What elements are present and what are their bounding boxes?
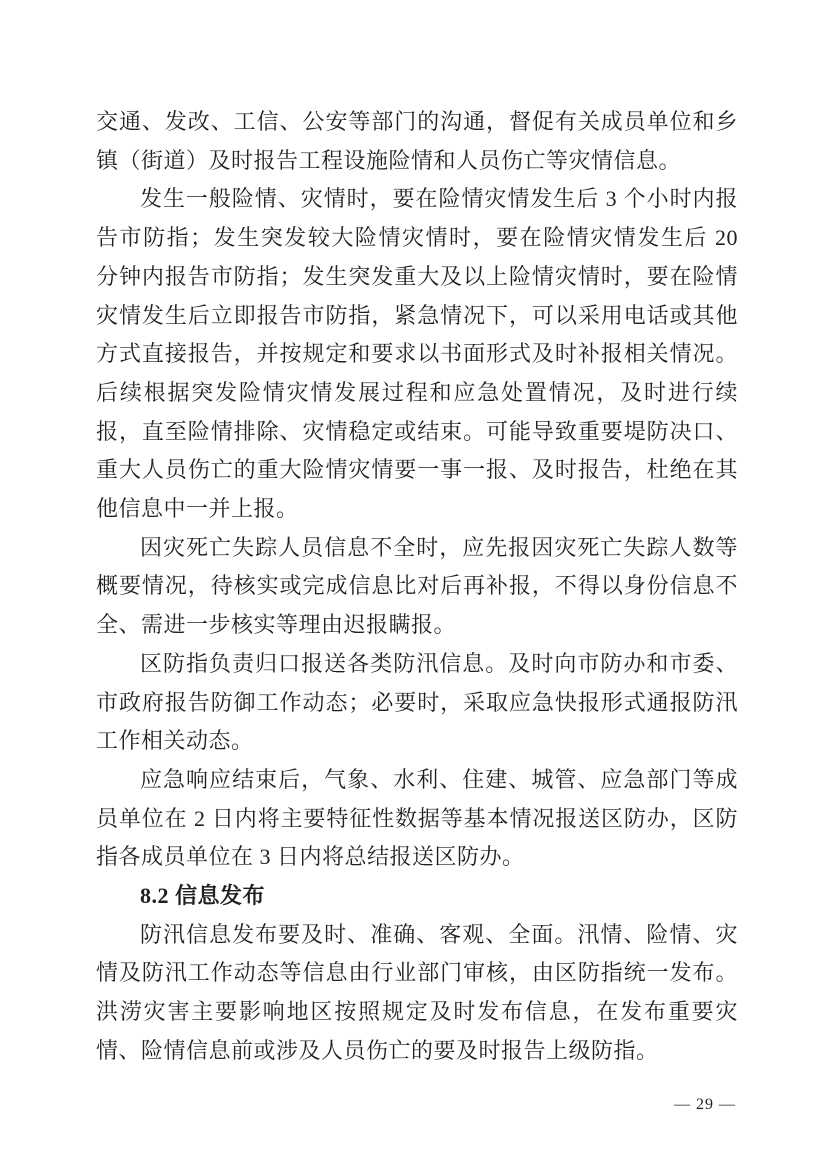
section-heading-8-2-information-release: 8.2 信息发布 xyxy=(96,877,738,916)
paragraph-information-release-rules: 防汛信息发布要及时、准确、客观、全面。汛情、险情、灾情及防汛工作动态等信息由行业… xyxy=(96,916,738,1071)
paragraph-communication-continuation: 交通、发改、工信、公安等部门的沟通，督促有关成员单位和乡镇（街道）及时报告工程设… xyxy=(96,103,738,180)
paragraph-district-hq-reporting: 区防指负责归口报送各类防汛信息。及时向市防办和市委、市政府报告防御工作动态；必要… xyxy=(96,645,738,761)
paragraph-casualty-info-reporting: 因灾死亡失踪人员信息不全时，应先报因灾死亡失踪人数等概要情况，待核实或完成信息比… xyxy=(96,529,738,645)
paragraph-post-response-data-submission: 应急响应结束后，气象、水利、住建、城管、应急部门等成员单位在 2 日内将主要特征… xyxy=(96,761,738,877)
paragraph-reporting-deadlines: 发生一般险情、灾情时，要在险情灾情发生后 3 个小时内报告市防指；发生突发较大险… xyxy=(96,180,738,528)
document-page: 交通、发改、工信、公安等部门的沟通，督促有关成员单位和乡镇（街道）及时报告工程设… xyxy=(0,0,826,1169)
page-number: — 29 — xyxy=(674,1096,736,1114)
document-body: 交通、发改、工信、公安等部门的沟通，督促有关成员单位和乡镇（街道）及时报告工程设… xyxy=(96,103,738,1071)
